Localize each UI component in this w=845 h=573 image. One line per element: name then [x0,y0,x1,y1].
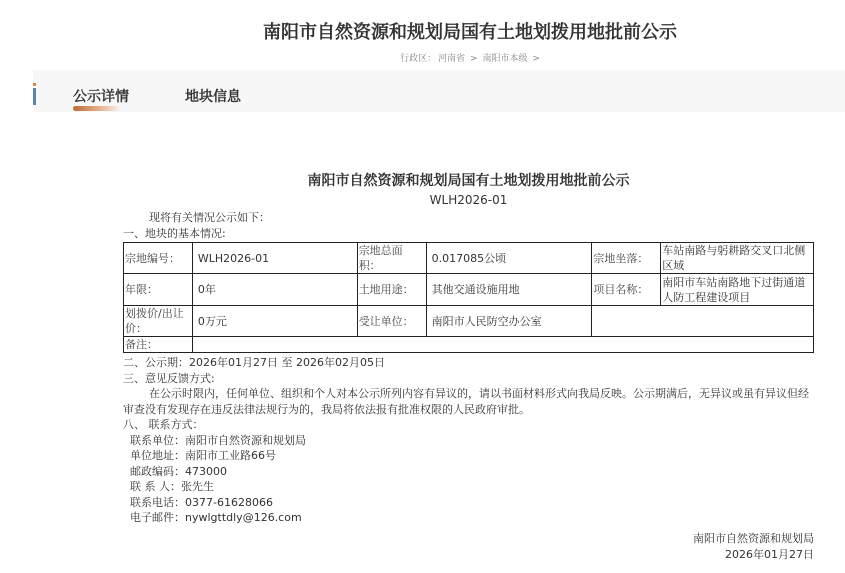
document-title: 南阳市自然资源和规划局国有土地划拨用地批前公示 [123,170,814,192]
value-land-use: 其他交通设施用地 [426,274,592,306]
label-term: 年限： [124,274,193,306]
contact-phone: 联系电话：0377-61628066 [123,495,814,511]
parcel-info-table: 宗地编号： WLH2026-01 宗地总面积： 0.017085公顷 宗地坐落：… [123,242,814,353]
chevron-right-icon: > [470,54,478,64]
tab-parcel-info[interactable]: 地块信息 [185,86,241,106]
label-remarks: 备注： [124,337,193,353]
label-land-use: 土地用途： [357,274,426,306]
value-project-name: 南阳市车站南路地下过街通道人防工程建设项目 [661,274,814,306]
contact-email: 电子邮件：nywlgttdly@126.com [123,510,814,526]
section-feedback-heading: 三、意见反馈方式: [123,371,814,387]
value-remarks [192,337,813,353]
breadcrumb-item-province[interactable]: 河南省 [438,54,465,64]
signature-org: 南阳市自然资源和规划局 [693,531,814,547]
document-code: WLH2026-01 [123,192,814,208]
label-grantee: 受让单位： [357,306,426,337]
contact-person: 联 系 人：张先生 [123,479,814,495]
label-total-area: 宗地总面积： [357,243,426,274]
label-location: 宗地坐落： [592,243,661,274]
contact-postcode: 邮政编码：473000 [123,464,814,480]
value-location: 车站南路与躬耕路交叉口北侧区域 [661,243,814,274]
value-total-area: 0.017085公顷 [426,243,592,274]
section-contact-heading: 八、 联系方式： [123,417,814,433]
label-project-name: 项目名称： [592,274,661,306]
value-parcel-number: WLH2026-01 [192,243,357,274]
intro-text: 现将有关情况公示如下： [123,210,814,226]
tab-notice-details[interactable]: 公示详情 [73,86,129,106]
tab-bar: 公示详情 地块信息 [33,70,845,112]
contact-unit: 联系单位：南阳市自然资源和规划局 [123,433,814,449]
active-tab-indicator [73,106,121,111]
section-notice-period: 二、公示期：2026年01月27日 至 2026年02月05日 [123,355,814,371]
breadcrumb: 行政区：河南省 > 南阳市本级 > [0,51,845,64]
value-term: 0年 [192,274,357,306]
value-price: 0万元 [192,306,357,337]
value-grantee: 南阳市人民防空办公室 [426,306,592,337]
accent-bar [33,83,36,105]
chevron-right-icon: > [532,54,540,64]
breadcrumb-item-city[interactable]: 南阳市本级 [482,54,527,64]
signature-block: 南阳市自然资源和规划局 2026年01月27日 [693,531,814,563]
breadcrumb-label: 行政区： [400,54,436,64]
contact-address: 单位地址：南阳市工业路66号 [123,448,814,464]
table-row: 宗地编号： WLH2026-01 宗地总面积： 0.017085公顷 宗地坐落：… [124,243,814,274]
page-title: 南阳市自然资源和规划局国有土地划拨用地批前公示 [0,18,845,44]
label-price: 划拨价/出让价： [124,306,193,337]
section-basic-info-heading: 一、地块的基本情况: [123,226,814,242]
table-row: 年限： 0年 土地用途： 其他交通设施用地 项目名称： 南阳市车站南路地下过街通… [124,274,814,306]
label-parcel-number: 宗地编号： [124,243,193,274]
notice-document: 南阳市自然资源和规划局国有土地划拨用地批前公示 WLH2026-01 现将有关情… [123,170,814,526]
signature-date: 2026年01月27日 [693,547,814,563]
table-row: 划拨价/出让价： 0万元 受让单位： 南阳市人民防空办公室 [124,306,814,337]
feedback-paragraph: 在公示时限内，任何单位、组织和个人对本公示所列内容有异议的，请以书面材料形式向我… [123,386,814,417]
table-row: 备注： [124,337,814,353]
empty-cell [592,306,814,337]
